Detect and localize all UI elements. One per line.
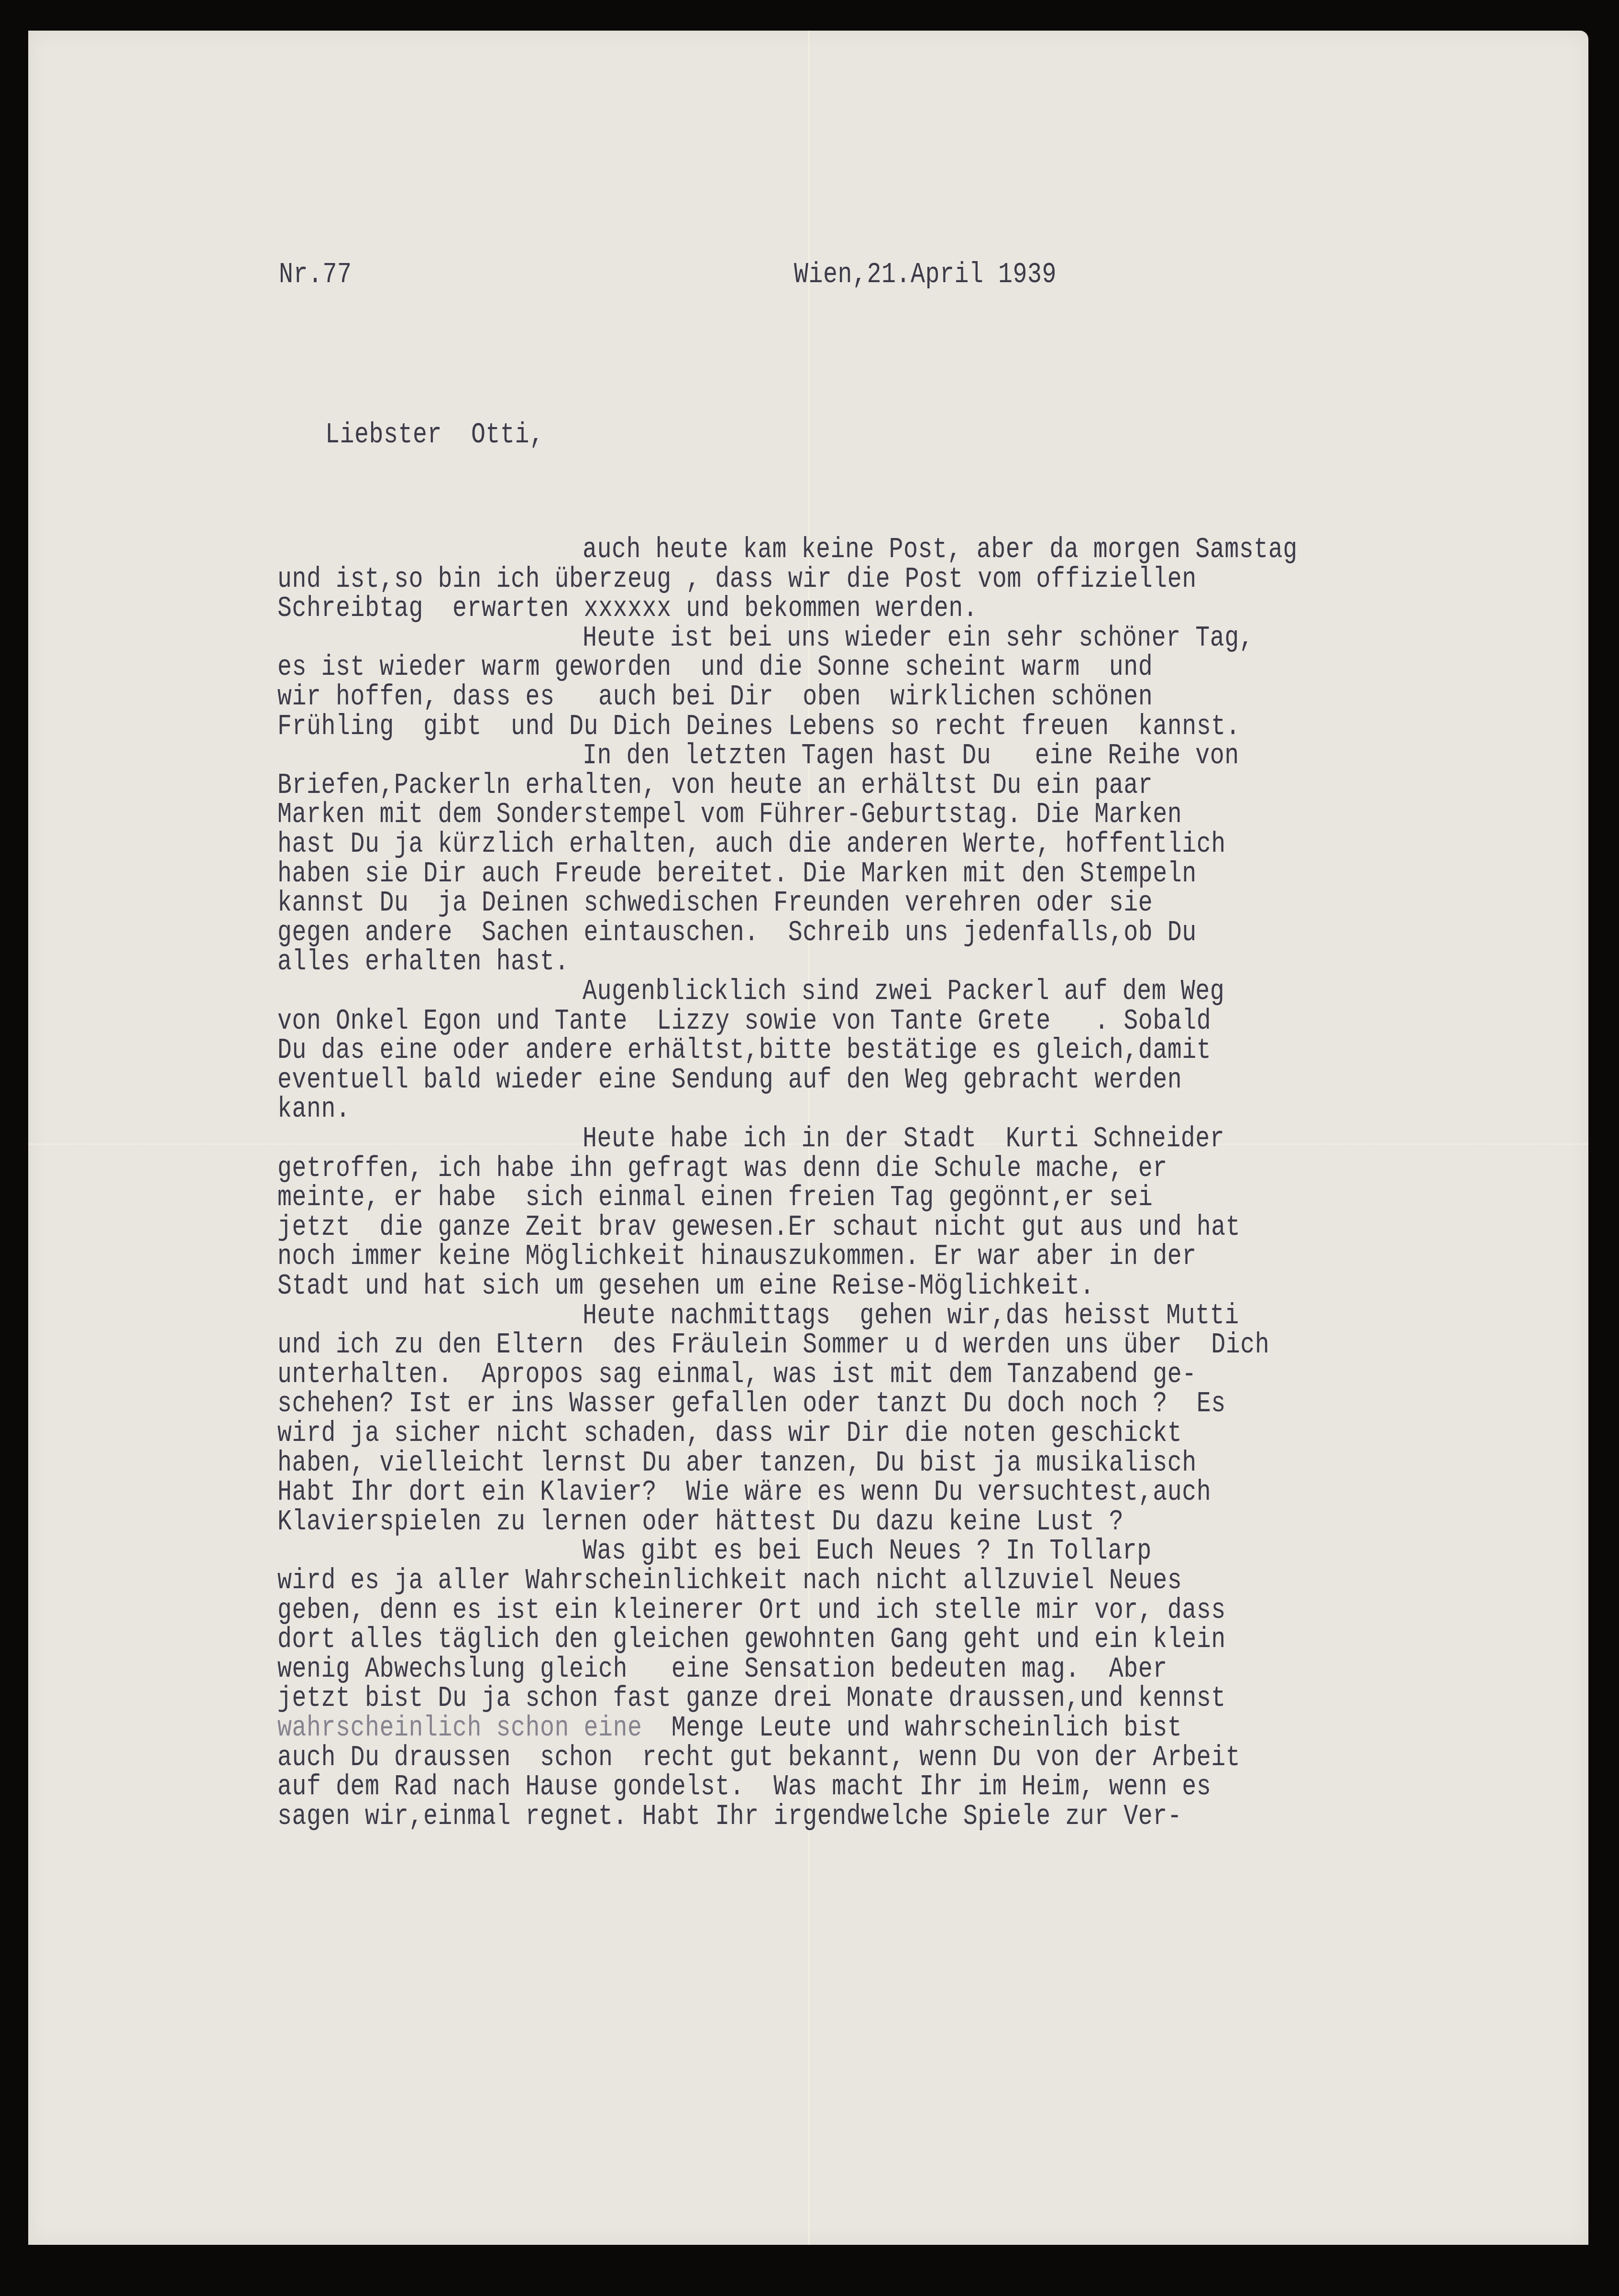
letter-line: In den letzten Tagen hast Du eine Reihe …	[583, 742, 1239, 771]
letter-line: wahrscheinlich schon eine Menge Leute un…	[277, 1714, 1182, 1743]
letter-line: wird es ja aller Wahrscheinlichkeit nach…	[277, 1567, 1182, 1596]
letter-line: Frühling gibt und Du Dich Deines Lebens …	[277, 713, 1240, 742]
letter-line: wir hoffen, dass es auch bei Dir oben wi…	[277, 683, 1153, 712]
letter-line: Stadt und hat sich um gesehen um eine Re…	[277, 1272, 1094, 1301]
letter-line: geben, denn es ist ein kleinerer Ort und…	[277, 1596, 1226, 1626]
letter-line: von Onkel Egon und Tante Lizzy sowie von…	[277, 1007, 1211, 1036]
letter-line: Briefen,Packerln erhalten, von heute an …	[277, 771, 1153, 801]
letter-line: Heute nachmittags gehen wir,das heisst M…	[583, 1302, 1239, 1331]
letter-line: auch Du draussen schon recht gut bekannt…	[277, 1744, 1240, 1773]
letter-line: jetzt bist Du ja schon fast ganze drei M…	[277, 1684, 1226, 1714]
letter-line: und ich zu den Eltern des Fräulein Somme…	[277, 1331, 1269, 1360]
letter-line: Heute habe ich in der Stadt Kurti Schnei…	[583, 1125, 1224, 1154]
letter-line: sagen wir,einmal regnet. Habt Ihr irgend…	[277, 1802, 1182, 1832]
letter-line: auch heute kam keine Post, aber da morge…	[583, 536, 1298, 565]
letter-line: auf dem Rad nach Hause gondelst. Was mac…	[277, 1773, 1211, 1802]
typed-text: Menge Leute und wahrscheinlich bist	[642, 1712, 1182, 1745]
letter-line: wenig Abwechslung gleich eine Sensation …	[277, 1655, 1167, 1684]
letter-line: Klavierspielen zu lernen oder hättest Du…	[277, 1508, 1123, 1537]
letter-line: und ist,so bin ich überzeug , dass wir d…	[277, 565, 1197, 594]
letter-line: Habt Ihr dort ein Klavier? Wie wäre es w…	[277, 1478, 1211, 1507]
letter-line: wird ja sicher nicht schaden, dass wir D…	[277, 1419, 1182, 1449]
letter-line: es ist wieder warm geworden und die Sonn…	[277, 653, 1153, 682]
letter-line: haben sie Dir auch Freude bereitet. Die …	[277, 860, 1197, 889]
letter-line: Heute ist bei uns wieder ein sehr schöne…	[583, 624, 1254, 653]
letter-line: Du das eine oder andere erhältst,bitte b…	[277, 1036, 1211, 1066]
letter-line: unterhalten. Apropos sag einmal, was ist…	[277, 1361, 1197, 1390]
faint-typed-text: wahrscheinlich schon eine	[277, 1712, 642, 1745]
letter-line: gegen andere Sachen eintauschen. Schreib…	[277, 919, 1197, 948]
letter-line: Was gibt es bei Euch Neues ? In Tollarp	[583, 1537, 1152, 1566]
letter-number: Nr.77	[279, 261, 352, 290]
letter-place-date: Wien,21.April 1939	[794, 261, 1057, 290]
letter-line: Schreibtag erwarten xxxxxx und bekommen …	[277, 594, 978, 624]
letter-line: Augenblicklich sind zwei Packerl auf dem…	[583, 978, 1224, 1007]
letter-line: schehen? Ist er ins Wasser gefallen oder…	[277, 1390, 1226, 1419]
letter-line: hast Du ja kürzlich erhalten, auch die a…	[277, 830, 1226, 859]
letter-line: meinte, er habe sich einmal einen freien…	[277, 1184, 1153, 1213]
letter-line: haben, vielleicht lernst Du aber tanzen,…	[277, 1449, 1197, 1478]
letter-line: Marken mit dem Sonderstempel vom Führer-…	[277, 801, 1182, 830]
letter-line: noch immer keine Möglichkeit hinauszukom…	[277, 1242, 1197, 1272]
letter-line: getroffen, ich habe ihn gefragt was denn…	[277, 1154, 1167, 1184]
letter-line: kannst Du ja Deinen schwedischen Freunde…	[277, 889, 1153, 918]
letter-line: alles erhalten hast.	[277, 948, 569, 977]
letter-line: dort alles täglich den gleichen gewohnte…	[277, 1626, 1226, 1655]
letter-line: jetzt die ganze Zeit brav gewesen.Er sch…	[277, 1213, 1240, 1242]
letter-salutation: Liebster Otti,	[325, 421, 544, 450]
letter-line: eventuell bald wieder eine Sendung auf d…	[277, 1066, 1182, 1095]
letter-line: kann.	[277, 1095, 351, 1124]
